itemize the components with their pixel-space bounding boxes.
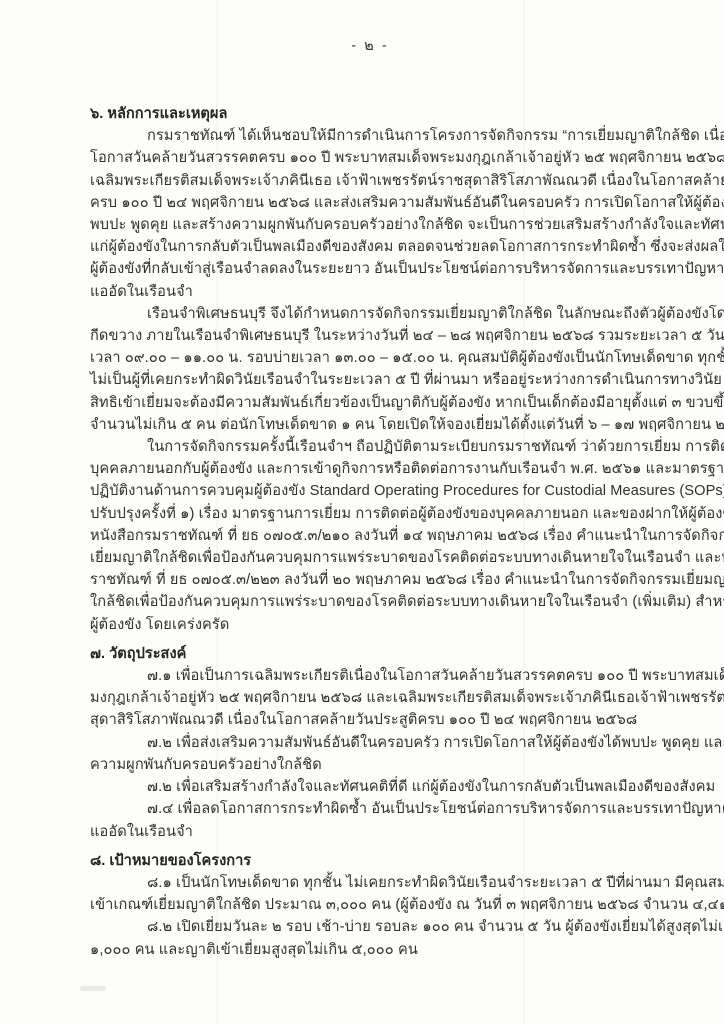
text-line: เยี่ยมญาติใกล้ชิดเพื่อป้องกันควบคุมการแพ… [90,547,650,569]
text-line: พบปะ พูดคุย และสร้างความผูกพันกับครอบครั… [90,214,650,236]
text-line: หนังสือกรมราชทัณฑ์ ที่ ยธ ๐๗๐๕.๓/๒๑๐ ลงว… [90,525,650,547]
text-line: โอกาสวันคล้ายวันสวรรคตครบ ๑๐๐ ปี พระบาทส… [90,147,650,169]
document-page: - ๒ - ๖. หลักการและเหตุผล กรมราชทัณฑ์ ได… [0,0,724,1024]
text-line: ราชทัณฑ์ ที่ ยธ ๐๗๐๕.๓/๒๒๓ ลงวันที่ ๒๐ พ… [90,569,650,591]
section-heading-6: ๖. หลักการและเหตุผล [90,103,650,125]
text-line: บุคคลภายนอกกับผู้ต้องขัง และการเข้าดูกิจ… [90,458,650,480]
text-line: กรมราชทัณฑ์ ได้เห็นชอบให้มีการดำเนินการโ… [90,125,650,147]
text-line: ครบ ๑๐๐ ปี ๒๔ พฤศจิกายน ๒๕๖๘ และส่งเสริม… [90,192,650,214]
text-line: ๗.๑ เพื่อเป็นการเฉลิมพระเกียรติเนื่องในโ… [90,665,650,687]
scan-smudge-artifact [80,986,106,991]
text-line: แออัดในเรือนจำ [90,821,650,843]
scan-fold-artifact [523,0,525,1024]
text-line: ๗.๔ เพื่อลดโอกาสการกระทำผิดซ้ำ อันเป็นปร… [90,798,650,820]
text-line: ไม่เป็นผู้ที่เคยกระทำผิดวินัยเรือนจำในระ… [90,369,650,391]
text-line: ๗.๒ เพื่อเสริมสร้างกำลังใจและทัศนคติที่ด… [90,776,650,798]
text-line: ๘.๑ เป็นนักโทษเด็ดขาด ทุกชั้น ไม่เคยกระท… [90,872,650,894]
text-line: ปฏิบัติงานด้านการควบคุมผู้ต้องขัง Standa… [90,480,650,502]
text-line: กีดขวาง ภายในเรือนจำพิเศษธนบุรี ในระหว่า… [90,325,650,347]
page-number: - ๒ - [90,34,650,57]
text-line: จำนวนไม่เกิน ๕ คน ต่อนักโทษเด็ดขาด ๑ คน … [90,414,650,436]
text-line: เฉลิมพระเกียรติสมเด็จพระเจ้าภคินีเธอ เจ้… [90,170,650,192]
text-line: ความผูกพันกับครอบครัวอย่างใกล้ชิด [90,754,650,776]
text-line: ปรับปรุงครั้งที่ ๑) เรื่อง มาตรฐานการเยี… [90,503,650,525]
text-line: ๑,๐๐๐ คน และญาติเข้าเยี่ยมสูงสุดไม่เกิน … [90,939,650,961]
section-heading-8: ๘. เป้าหมายของโครงการ [90,850,650,872]
text-line: มงกุฎเกล้าเจ้าอยู่หัว ๒๕ พฤศจิกายน ๒๕๖๘ … [90,687,650,709]
text-line: ใกล้ชิดเพื่อป้องกันควบคุมการแพร่ระบาดของ… [90,591,650,613]
section-heading-7: ๗. วัตถุประสงค์ [90,643,650,665]
text-line: แออัดในเรือนจำ [90,281,650,303]
text-line: สุดาสิริโสภาพัณณวดี เนื่องในโอกาสคล้ายวั… [90,709,650,731]
text-line: ๗.๒ เพื่อส่งเสริมความสัมพันธ์อันดีในครอบ… [90,732,650,754]
page-content: - ๒ - ๖. หลักการและเหตุผล กรมราชทัณฑ์ ได… [0,0,724,961]
text-line: สิทธิเข้าเยี่ยมจะต้องมีความสัมพันธ์เกี่ย… [90,392,650,414]
text-line: แก่ผู้ต้องขังในการกลับตัวเป็นพลเมืองดีขอ… [90,236,650,258]
text-line: ผู้ต้องขังที่กลับเข้าสู่เรือนจำลดลงในระย… [90,258,650,280]
text-line: ผู้ต้องขัง โดยเคร่งครัด [90,614,650,636]
text-line: เรือนจำพิเศษธนบุรี จึงได้กำหนดการจัดกิจก… [90,303,650,325]
scan-fold-artifact [216,0,218,1024]
text-line: เข้าเกณฑ์เยี่ยมญาติใกล้ชิด ประมาณ ๓,๐๐๐ … [90,894,650,916]
text-line: เวลา ๐๙.๐๐ – ๑๑.๐๐ น. รอบบ่ายเวลา ๑๓.๐๐ … [90,347,650,369]
text-line: ในการจัดกิจกรรมครั้งนี้เรือนจำฯ ถือปฏิบั… [90,436,650,458]
text-line: ๘.๒ เปิดเยี่ยมวันละ ๒ รอบ เช้า-บ่าย รอบล… [90,916,650,938]
